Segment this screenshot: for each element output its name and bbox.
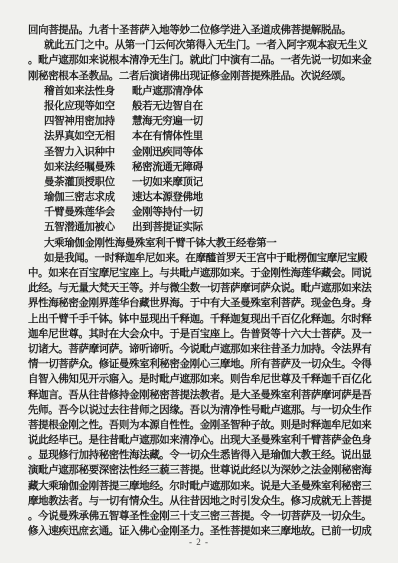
- intro-line: 。毗卢遮那如来说根本清净无生门。就此门中演有二品。一者先说一切如来金: [28, 53, 372, 68]
- verse-right-half: 金刚等持付一切: [132, 205, 203, 220]
- sutra-text-block: 回向菩提品。九者十圣菩萨入地等妙二位修学进入圣道成佛菩提解脱品。就此五门之中。从…: [28, 23, 372, 539]
- body-line: 界性海秘密金刚界莲华台藏世界海。于中有大圣曼殊室利菩萨。现金色身。身: [28, 296, 372, 311]
- verse-right-half: 秘密流通无障碍: [132, 160, 203, 175]
- page-number: - 2 -: [0, 537, 398, 547]
- body-line: 情一切菩萨众。修证曼殊室利秘密金刚心三摩地。所有菩萨及一切众生。令得: [28, 357, 372, 372]
- body-line: 释迦言。吾从往昔修持金刚秘密菩提法教者。是大圣曼殊室利菩萨摩诃萨是吾: [28, 388, 372, 403]
- verse-left-half: 如来法经嘱曼殊: [44, 160, 116, 175]
- body-line: 切诸大。菩萨摩诃萨。谛听谛听。今说毗卢遮那如来往昔圣力加持。令法界有: [28, 342, 372, 357]
- verse-left-half: 曼荼灌顶授职位: [44, 175, 116, 190]
- body-line: 上出千臂千手千钵。钵中显现出千释迦。千释迦复现出千百亿化释迦。尔时释: [28, 312, 372, 327]
- verse-right-half: 般若无边智自在: [132, 99, 203, 114]
- verse-line: 法界真如空无相本在有情体性里: [28, 129, 372, 144]
- verse-line: 曼荼灌顶授职位一切如来摩顶记: [28, 175, 372, 190]
- body-line: 。今说曼殊承佛五智尊圣性金刚三十支三密三菩提。令一切菩萨及一切众生。: [28, 509, 372, 524]
- verse-line: 五智潜通加被心出到菩提证实际: [28, 220, 372, 235]
- verse-line: 圣智力入识种中金刚迅疾同等体: [28, 145, 372, 160]
- scanned-sutra-page: 回向菩提品。九者十圣菩萨入地等妙二位修学进入圣道成佛菩提解脱品。就此五门之中。从…: [0, 0, 398, 563]
- verse-line: 千臂曼殊莲华会金刚等持付一切: [28, 205, 372, 220]
- body-line: 迦牟尼世尊。其时在大会众中。于是百宝座上。告普贤等十六大士菩萨。及一: [28, 327, 372, 342]
- verse-right-half: 毗卢遮那清净体: [132, 84, 203, 99]
- verse-right-half: 速达本源登佛地: [132, 190, 203, 205]
- scroll-title-line: 大乘瑜伽金刚性海曼殊室利千臂千钵大教王经卷第一: [28, 236, 372, 251]
- body-line: 演毗卢遮那秘要深密法性经三藐三菩提。世尊说此经以为深妙之法金刚秘密海: [28, 463, 372, 478]
- verse-left-half: 四智神用密加持: [44, 114, 116, 129]
- verse-left-half: 稽首如来法性身: [44, 84, 116, 99]
- intro-line: 回向菩提品。九者十圣菩萨入地等妙二位修学进入圣道成佛菩提解脱品。: [28, 23, 372, 38]
- verse-left-half: 报化应现等如空: [44, 99, 116, 114]
- verse-line: 报化应现等如空般若无边智自在: [28, 99, 372, 114]
- verse-line: 四智神用密加持慧海无穷遍一切: [28, 114, 372, 129]
- verse-right-half: 本在有情体性里: [132, 129, 203, 144]
- verse-left-half: 圣智力入识种中: [44, 145, 116, 160]
- body-line: 中。如来在百宝摩尼宝座上。与共毗卢遮那如来。于金刚性海莲华藏会。同说: [28, 266, 372, 281]
- verse-line: 稽首如来法性身毗卢遮那清净体: [28, 84, 372, 99]
- body-line: 自智入佛知见开示寤入。是时毗卢遮那如来。则告牟尼世尊及千释迦千百亿化: [28, 372, 372, 387]
- body-line: 。显现修行加持秘密性海法藏。令一切众生悉皆得入是瑜伽大教王经。说出显: [28, 448, 372, 463]
- verse-right-half: 出到菩提证实际: [132, 220, 203, 235]
- body-line: 如是我闻。一时释迦牟尼如来。在摩醯首罗天王宫中于毗楞伽宝摩尼宝殿: [28, 251, 372, 266]
- body-line: 先师。吾今以说过去往昔师之因缘。吾以为清净性号毗卢遮那。与一切众生作: [28, 403, 372, 418]
- body-line: 说此经毕已。是往昔毗卢遮那如来清净心。出现大圣曼殊室利千臂菩萨金色身: [28, 433, 372, 448]
- verse-line: 如来法经嘱曼殊秘密流通无障碍: [28, 160, 372, 175]
- intro-line: 刚秘密根本圣教品。二者后演诸佛出现证修金刚菩提殊胜品。次说经颂。: [28, 69, 372, 84]
- verse-left-half: 千臂曼殊莲华会: [44, 205, 116, 220]
- body-line: 此经。与无量大梵天王等。并与微尘数一切菩萨摩诃萨众说。毗卢遮那如来法: [28, 281, 372, 296]
- verse-right-half: 一切如来摩顶记: [132, 175, 203, 190]
- body-line: 菩提根金刚之性。吾则为本源自性性。金刚圣智种子故。则是时释迦牟尼如来: [28, 418, 372, 433]
- body-line: 藏大乘瑜伽金刚菩提三摩地经。尔时毗卢遮那如来。说是大圣曼殊室利秘密三: [28, 479, 372, 494]
- verse-line: 瑜伽三密志求成速达本源登佛地: [28, 190, 372, 205]
- verse-right-half: 慧海无穷遍一切: [132, 114, 203, 129]
- verse-left-half: 五智潜通加被心: [44, 220, 116, 235]
- body-line: 摩地教法者。与一切有情众生。从往昔因地之时引发众生。修习成就无上菩提: [28, 494, 372, 509]
- verse-right-half: 金刚迅疾同等体: [132, 145, 203, 160]
- verse-left-half: 瑜伽三密志求成: [44, 190, 116, 205]
- verse-left-half: 法界真如空无相: [44, 129, 116, 144]
- intro-line: 就此五门之中。从第一门云何次第得入无生门。一者入阿字观本寂无生义: [28, 38, 372, 53]
